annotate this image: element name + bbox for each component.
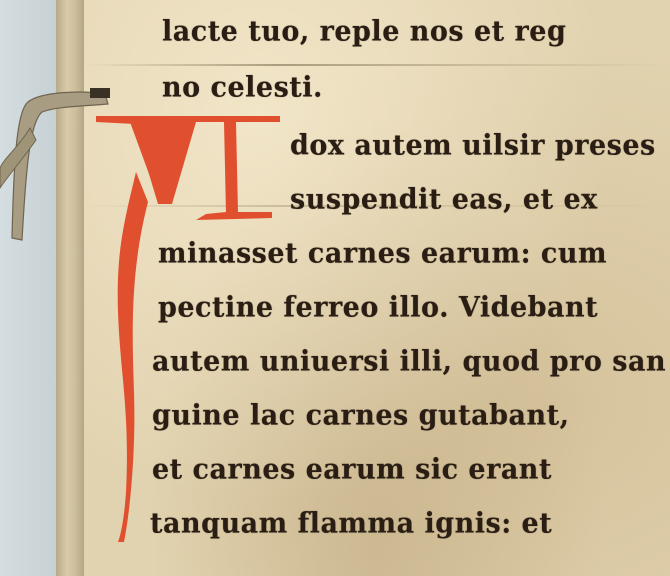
manuscript-line: lacte tuo, reple nos et reg xyxy=(162,15,566,48)
binding-thread-icon xyxy=(0,88,110,258)
manuscript-line: tanquam flamma ignis: et xyxy=(150,507,552,540)
background xyxy=(0,0,60,576)
manuscript-line: autem uniuersi illi, quod pro san xyxy=(152,345,666,378)
manuscript-line: et carnes earum sic erant xyxy=(152,453,552,486)
manuscript-line: suspendit eas, et ex xyxy=(290,183,598,216)
manuscript-line: guine lac carnes gutabant, xyxy=(152,399,570,432)
manuscript-line: minasset carnes earum: cum xyxy=(158,237,607,270)
manuscript-line: no celesti. xyxy=(162,71,323,104)
binding-edge xyxy=(56,0,85,576)
page-crease xyxy=(84,64,670,66)
manuscript-line: dox autem uilsir preses xyxy=(290,129,656,162)
manuscript-line: pectine ferreo illo. Videbant xyxy=(158,291,598,324)
